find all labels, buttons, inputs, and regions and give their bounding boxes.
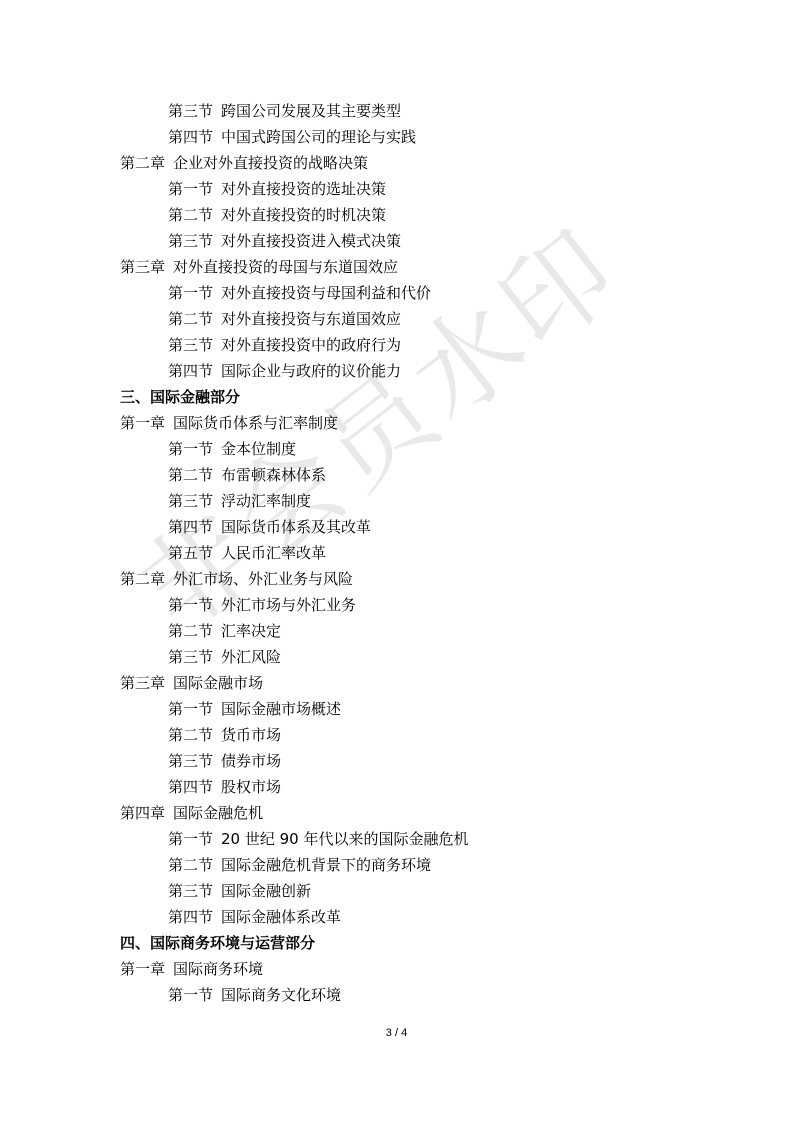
toc-section-title: 20 世纪 90 年代以来的国际金融危机 — [221, 830, 468, 848]
toc-chapter-title: 国际金融危机 — [173, 804, 263, 822]
toc-chapter-number: 第四章 — [120, 804, 165, 822]
toc-chapter-number: 第二章 — [120, 154, 165, 172]
toc-section: 第三节跨国公司发展及其主要类型 — [120, 98, 720, 124]
toc-section-title: 金本位制度 — [221, 440, 296, 458]
toc-section: 第二节国际金融危机背景下的商务环境 — [120, 852, 720, 878]
toc-section: 第三节债券市场 — [120, 748, 720, 774]
toc-section-title: 对外直接投资与东道国效应 — [221, 310, 401, 328]
toc-chapter-number: 第二章 — [120, 570, 165, 588]
toc-section-number: 第一节 — [168, 180, 213, 198]
toc-section-number: 第三节 — [168, 336, 213, 354]
toc-part: 四、国际商务环境与运营部分 — [120, 930, 720, 956]
toc-section: 第五节人民币汇率改革 — [120, 540, 720, 566]
toc-section: 第三节浮动汇率制度 — [120, 488, 720, 514]
toc-section: 第二节汇率决定 — [120, 618, 720, 644]
toc-section: 第一节20 世纪 90 年代以来的国际金融危机 — [120, 826, 720, 852]
toc-section-number: 第三节 — [168, 102, 213, 120]
toc-section: 第四节中国式跨国公司的理论与实践 — [120, 124, 720, 150]
toc-section: 第一节国际金融市场概述 — [120, 696, 720, 722]
toc-section-title: 对外直接投资的时机决策 — [221, 206, 386, 224]
toc-section-number: 第二节 — [168, 466, 213, 484]
toc-section-number: 第四节 — [168, 128, 213, 146]
toc-chapter-number: 第一章 — [120, 414, 165, 432]
toc-section-number: 第四节 — [168, 518, 213, 536]
toc-section-title: 国际金融体系改革 — [221, 908, 341, 926]
toc-section-number: 第三节 — [168, 648, 213, 666]
toc-section-title: 外汇市场与外汇业务 — [221, 596, 356, 614]
document-page: 非会员水印 第三节跨国公司发展及其主要类型第四节中国式跨国公司的理论与实践第二章… — [0, 0, 793, 1122]
toc-section-number: 第一节 — [168, 986, 213, 1004]
toc-section: 第一节对外直接投资的选址决策 — [120, 176, 720, 202]
toc-section: 第二节对外直接投资与东道国效应 — [120, 306, 720, 332]
toc-section-number: 第三节 — [168, 752, 213, 770]
toc-section-title: 浮动汇率制度 — [221, 492, 311, 510]
toc-section-number: 第二节 — [168, 856, 213, 874]
toc-chapter-title: 国际金融市场 — [173, 674, 263, 692]
toc-chapter: 第一章国际货币体系与汇率制度 — [120, 410, 720, 436]
toc-section-title: 中国式跨国公司的理论与实践 — [221, 128, 416, 146]
toc-section-title: 对外直接投资进入模式决策 — [221, 232, 401, 250]
toc-section: 第三节对外直接投资进入模式决策 — [120, 228, 720, 254]
toc-section: 第四节国际企业与政府的议价能力 — [120, 358, 720, 384]
toc-section-title: 股权市场 — [221, 778, 281, 796]
toc-section-number: 第五节 — [168, 544, 213, 562]
toc-chapter-title: 企业对外直接投资的战略决策 — [173, 154, 368, 172]
toc-chapter-title: 外汇市场、外汇业务与风险 — [173, 570, 353, 588]
toc-chapter: 第三章国际金融市场 — [120, 670, 720, 696]
toc-section-number: 第一节 — [168, 596, 213, 614]
toc-section-title: 国际金融危机背景下的商务环境 — [221, 856, 431, 874]
toc-section-number: 第一节 — [168, 700, 213, 718]
toc-section-number: 第二节 — [168, 206, 213, 224]
toc-section: 第一节对外直接投资与母国利益和代价 — [120, 280, 720, 306]
toc-chapter: 第四章国际金融危机 — [120, 800, 720, 826]
toc-section-number: 第一节 — [168, 830, 213, 848]
toc-section: 第二节货币市场 — [120, 722, 720, 748]
toc-section-title: 债券市场 — [221, 752, 281, 770]
page-number: 3 / 4 — [0, 1027, 793, 1039]
toc-section-title: 外汇风险 — [221, 648, 281, 666]
toc-section-number: 第三节 — [168, 882, 213, 900]
toc-section-number: 第二节 — [168, 622, 213, 640]
toc-chapter: 第二章外汇市场、外汇业务与风险 — [120, 566, 720, 592]
toc-section: 第一节国际商务文化环境 — [120, 982, 720, 1008]
toc-section: 第四节国际金融体系改革 — [120, 904, 720, 930]
toc-section-title: 货币市场 — [221, 726, 281, 744]
toc-section-title: 国际金融市场概述 — [221, 700, 341, 718]
toc-section-number: 第二节 — [168, 310, 213, 328]
toc-chapter: 第二章企业对外直接投资的战略决策 — [120, 150, 720, 176]
toc-section-number: 第三节 — [168, 492, 213, 510]
toc-section-number: 第三节 — [168, 232, 213, 250]
toc-section-number: 第四节 — [168, 778, 213, 796]
toc-chapter-title: 对外直接投资的母国与东道国效应 — [173, 258, 398, 276]
toc-section-title: 国际企业与政府的议价能力 — [221, 362, 401, 380]
toc-section: 第三节对外直接投资中的政府行为 — [120, 332, 720, 358]
toc-section-title: 国际货币体系及其改革 — [221, 518, 371, 536]
toc-chapter: 第三章对外直接投资的母国与东道国效应 — [120, 254, 720, 280]
toc-chapter-title: 国际货币体系与汇率制度 — [173, 414, 338, 432]
toc-section: 第一节金本位制度 — [120, 436, 720, 462]
toc-chapter: 第一章国际商务环境 — [120, 956, 720, 982]
toc-chapter-number: 第三章 — [120, 258, 165, 276]
toc-section-title: 汇率决定 — [221, 622, 281, 640]
toc-section-title: 国际金融创新 — [221, 882, 311, 900]
toc-section-title: 跨国公司发展及其主要类型 — [221, 102, 401, 120]
toc-section: 第二节对外直接投资的时机决策 — [120, 202, 720, 228]
toc-section: 第三节外汇风险 — [120, 644, 720, 670]
toc-section-title: 布雷顿森林体系 — [221, 466, 326, 484]
toc-section: 第四节国际货币体系及其改革 — [120, 514, 720, 540]
toc-section-number: 第一节 — [168, 440, 213, 458]
toc-section-title: 国际商务文化环境 — [221, 986, 341, 1004]
toc-part: 三、国际金融部分 — [120, 384, 720, 410]
toc-section-title: 对外直接投资中的政府行为 — [221, 336, 401, 354]
toc-chapter-number: 第三章 — [120, 674, 165, 692]
table-of-contents: 第三节跨国公司发展及其主要类型第四节中国式跨国公司的理论与实践第二章企业对外直接… — [120, 98, 720, 1008]
toc-section: 第一节外汇市场与外汇业务 — [120, 592, 720, 618]
toc-section: 第四节股权市场 — [120, 774, 720, 800]
toc-section: 第三节国际金融创新 — [120, 878, 720, 904]
toc-chapter-title: 国际商务环境 — [173, 960, 263, 978]
toc-section-number: 第四节 — [168, 908, 213, 926]
toc-section-title: 人民币汇率改革 — [221, 544, 326, 562]
toc-section-title: 对外直接投资与母国利益和代价 — [221, 284, 431, 302]
toc-section-title: 对外直接投资的选址决策 — [221, 180, 386, 198]
toc-chapter-number: 第一章 — [120, 960, 165, 978]
toc-section: 第二节布雷顿森林体系 — [120, 462, 720, 488]
toc-section-number: 第二节 — [168, 726, 213, 744]
toc-part-title: 四、国际商务环境与运营部分 — [120, 934, 315, 952]
toc-part-title: 三、国际金融部分 — [120, 388, 240, 406]
toc-section-number: 第一节 — [168, 284, 213, 302]
toc-section-number: 第四节 — [168, 362, 213, 380]
